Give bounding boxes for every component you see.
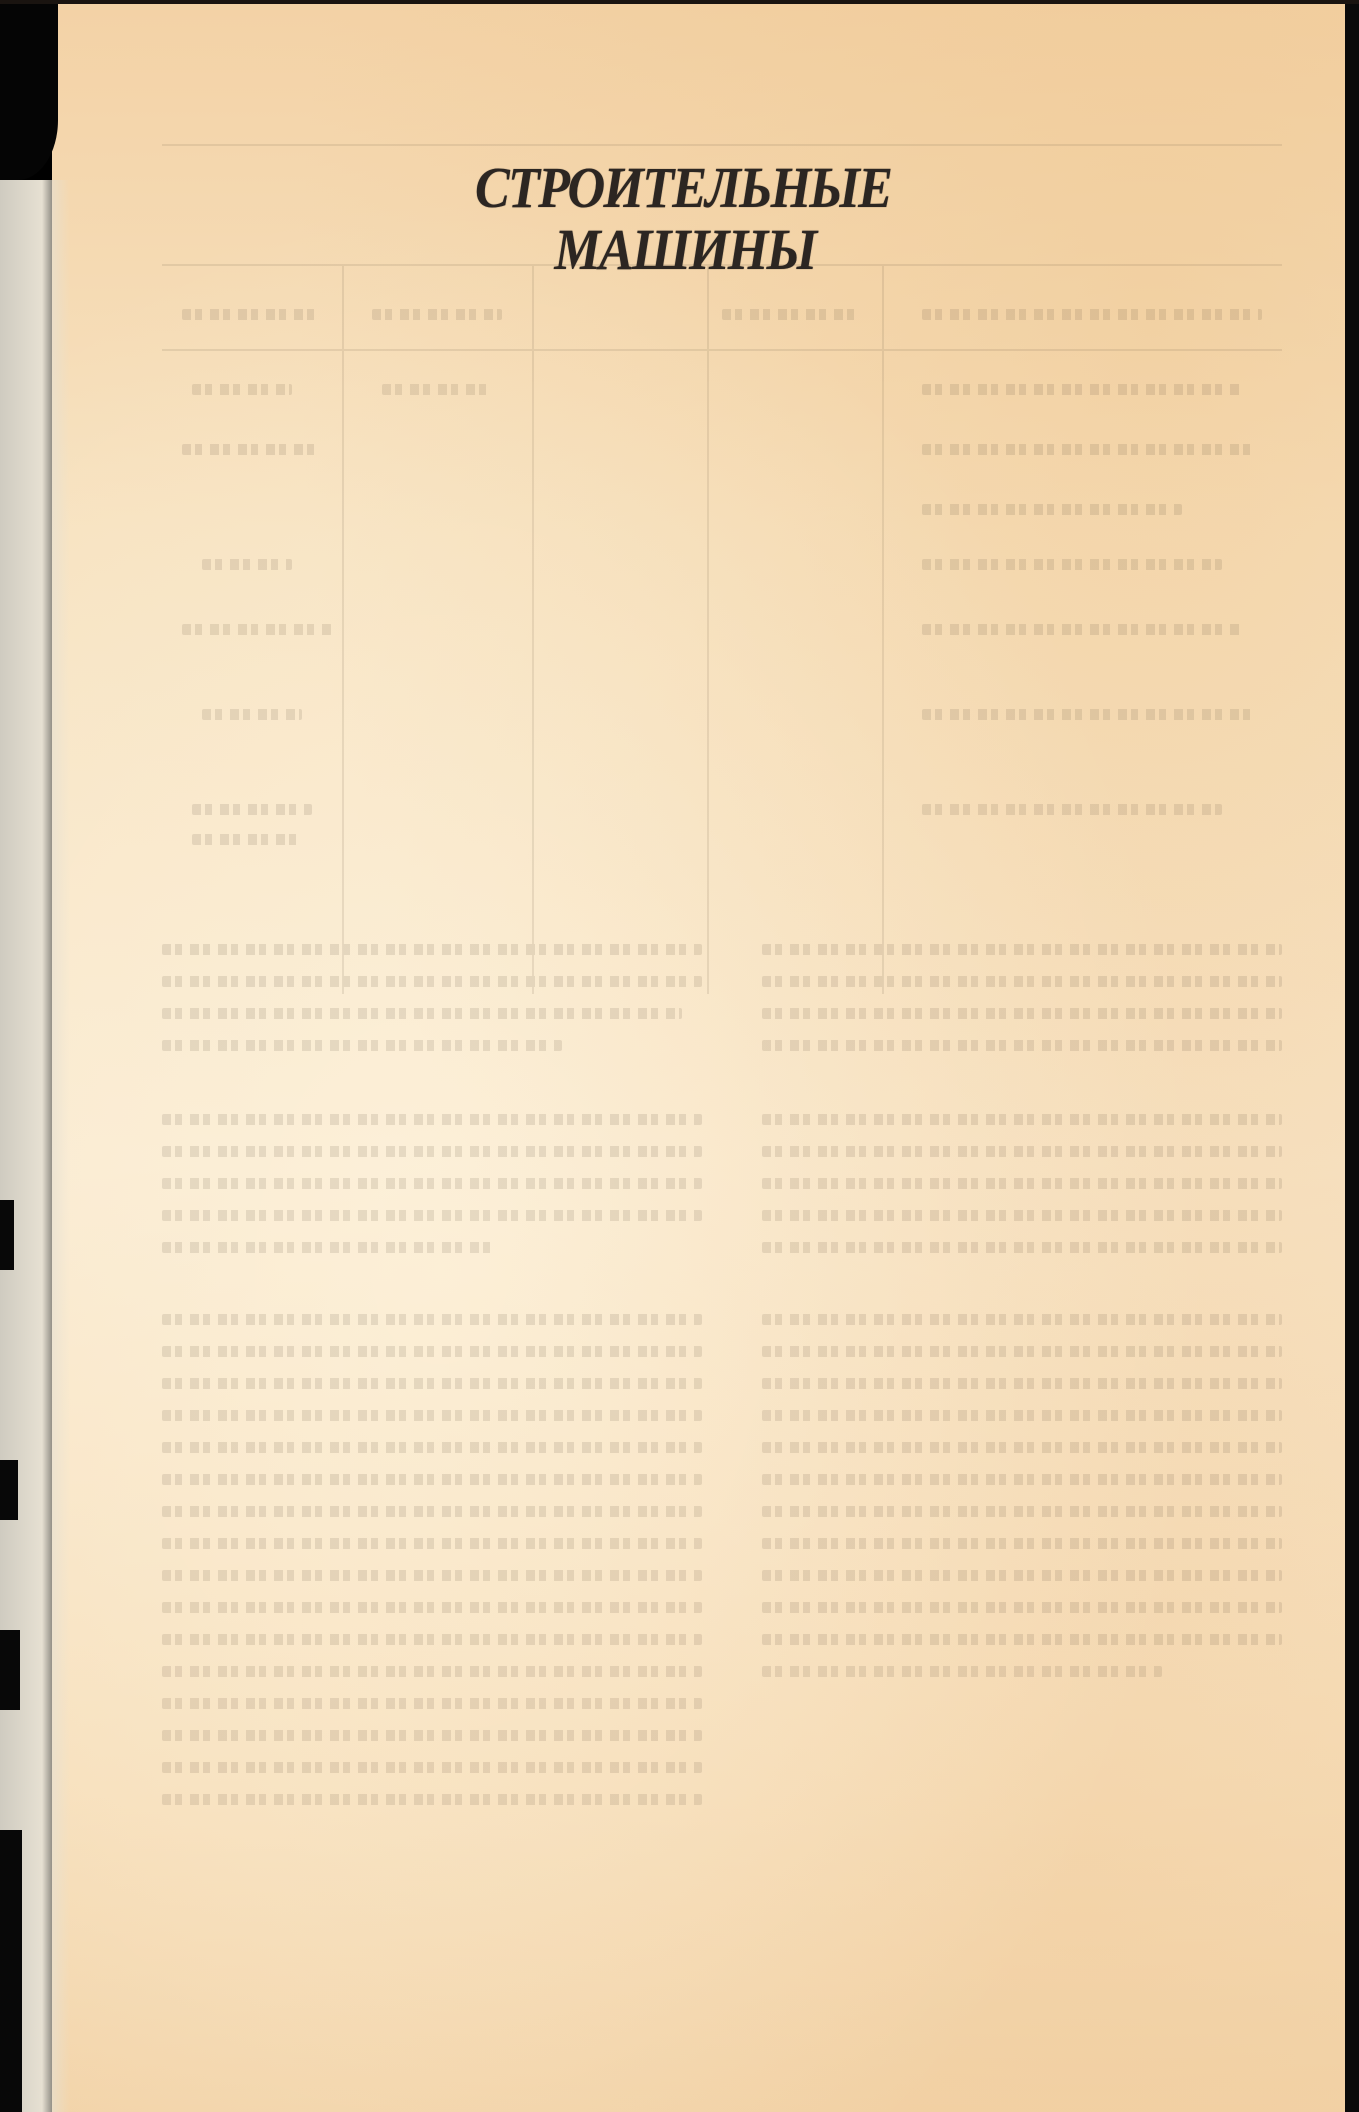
scanned-page [52, 4, 1345, 2112]
scan-edge-notch [0, 1200, 14, 1270]
scan-top-margin [0, 0, 1359, 4]
scan-right-margin [1345, 0, 1359, 2112]
show-through-text [162, 114, 1282, 1874]
scan-edge-notch [0, 1830, 22, 2112]
heading-line-1: СТРОИТЕЛЬНЫЕ [68, 157, 1291, 219]
section-heading: СТРОИТЕЛЬНЫЕ МАШИНЫ [68, 157, 1291, 281]
heading-line-2: МАШИНЫ [68, 219, 1291, 281]
scan-left-margin [0, 180, 70, 2112]
scan-shadow-top-left [0, 0, 58, 180]
scan-edge-notch [0, 1460, 18, 1520]
scan-edge-notch [0, 1630, 20, 1710]
